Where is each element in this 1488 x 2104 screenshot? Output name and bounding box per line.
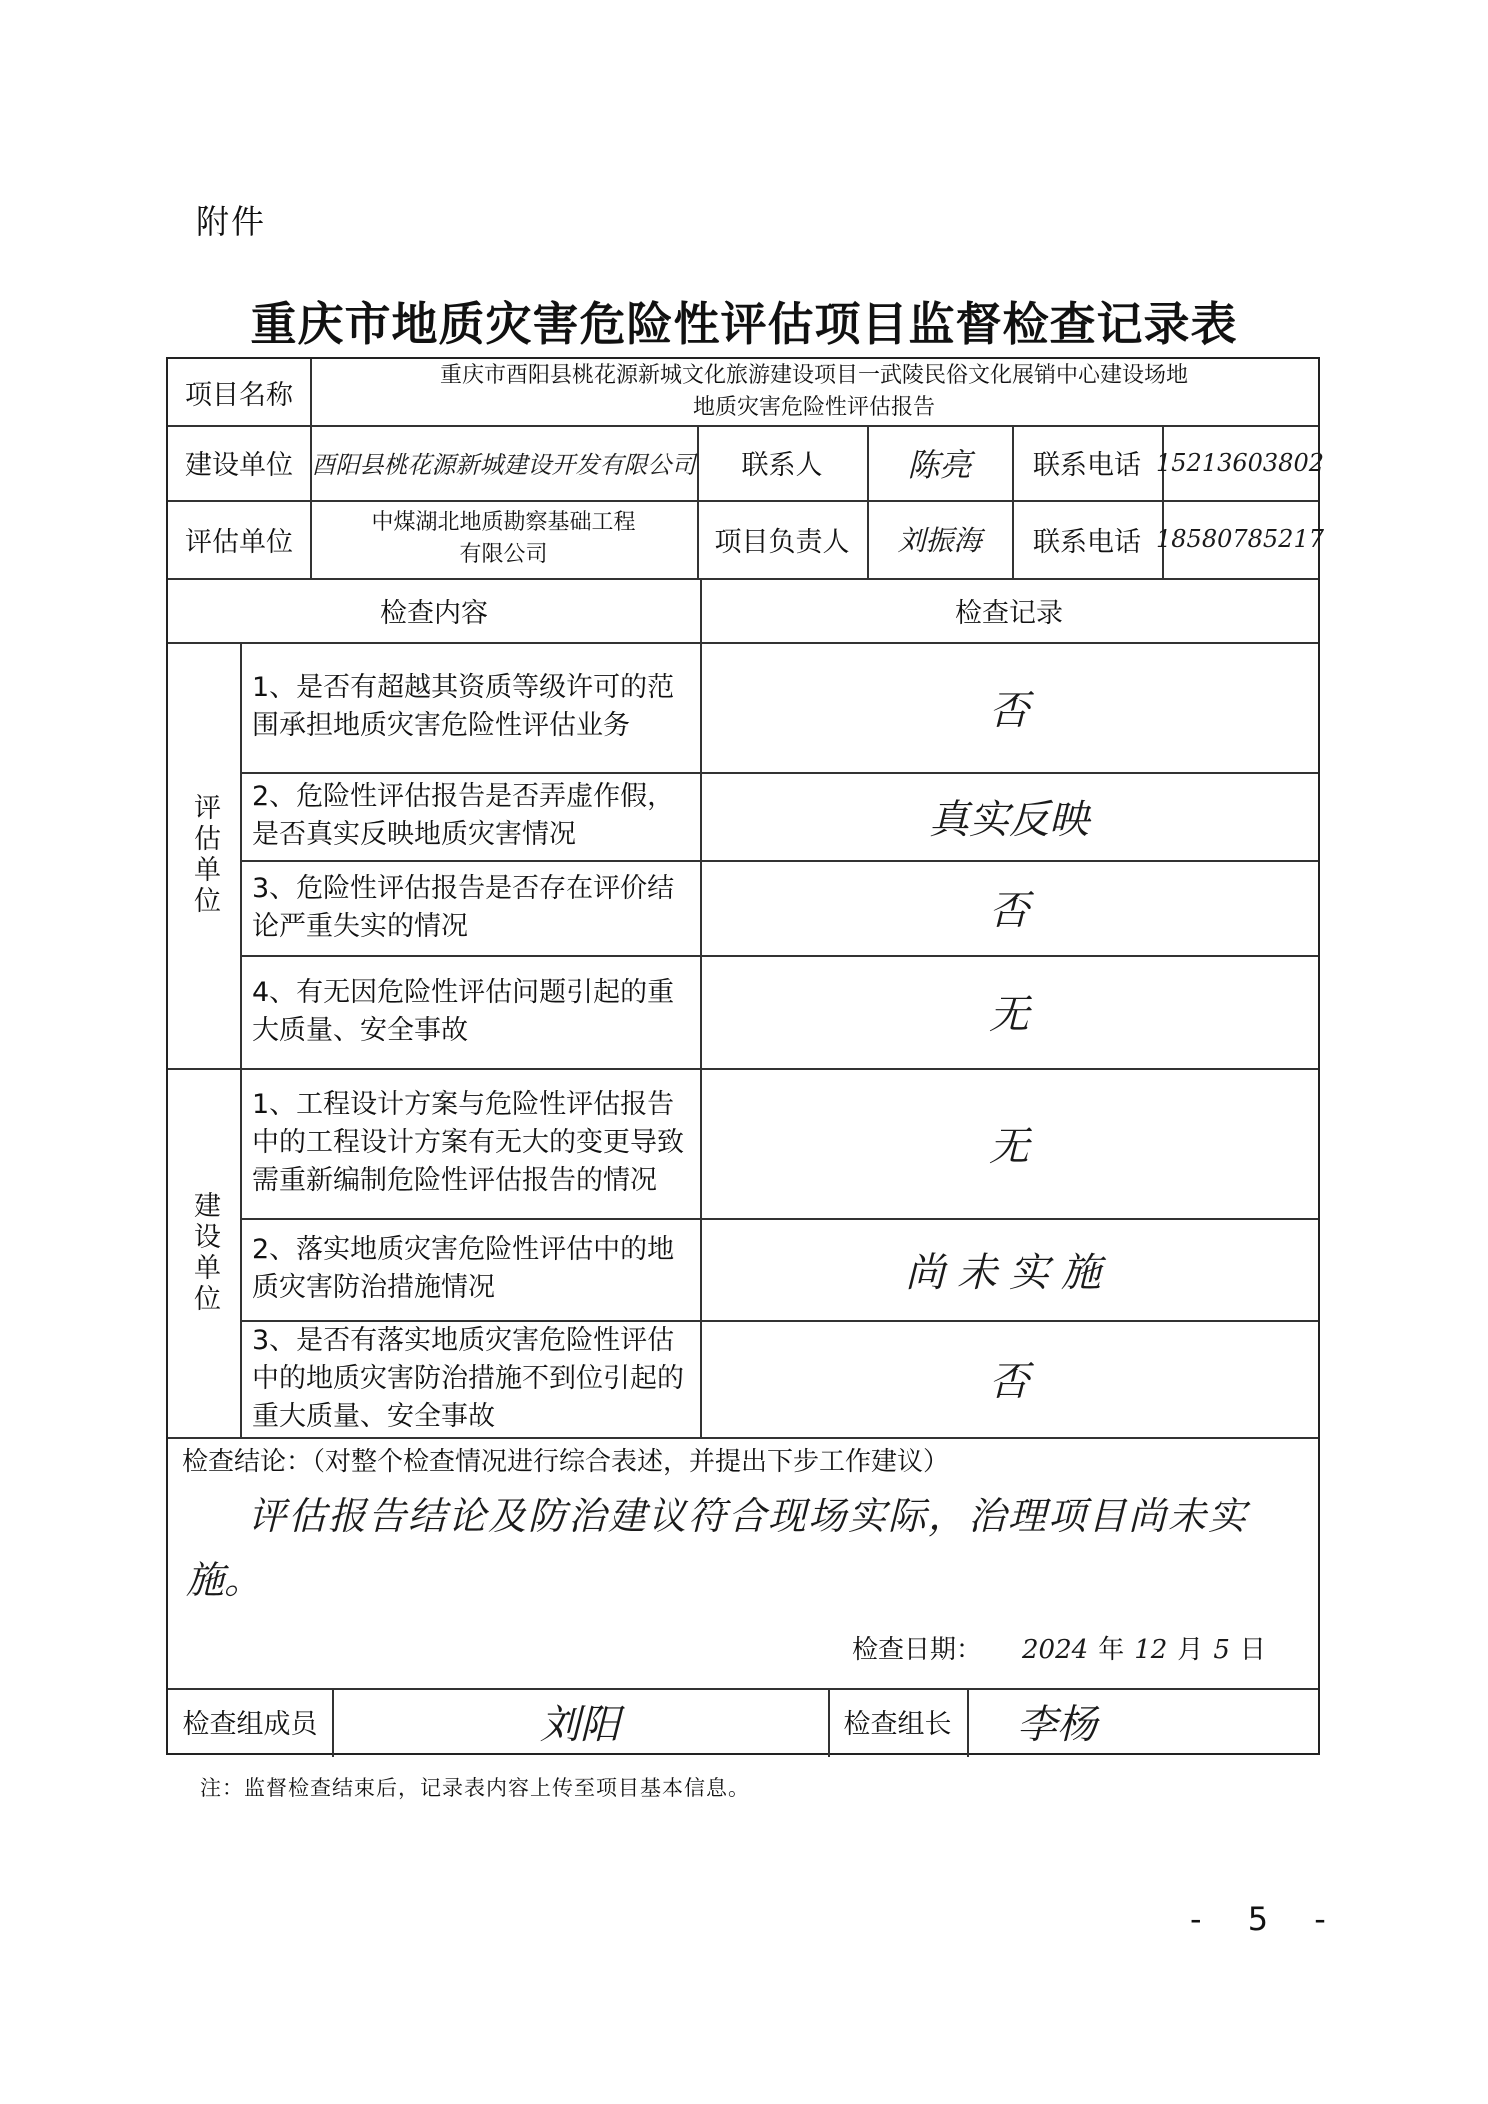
leader-label: 检查组长 (828, 1688, 967, 1755)
assessment-item-3-record: 否 (700, 860, 1318, 955)
construction-item-2-record: 尚未实施 (700, 1218, 1318, 1320)
conclusion-text-line1: 评估报告结论及防治建议符合现场实际，治理项目尚未实 (248, 1485, 1248, 1540)
assessment-phone-label: 联系电话 (1012, 500, 1162, 578)
members-signature: 刘阳 (332, 1688, 828, 1755)
check-record-header: 检查记录 (700, 578, 1318, 642)
attachment-label: 附件 (196, 196, 266, 243)
construction-item-3-record: 否 (700, 1320, 1318, 1437)
day-unit: 日 (1240, 1629, 1266, 1666)
assessment-item-3-content: 3、危险性评估报告是否存在评价结论严重失实的情况 (240, 860, 700, 955)
project-name-line2: 地质灾害危险性评估报告 (693, 392, 935, 424)
contact-label: 联系人 (697, 425, 867, 500)
year-unit: 年 (1098, 1629, 1124, 1666)
construction-item-2-content: 2、落实地质灾害危险性评估中的地质灾害防治措施情况 (240, 1218, 700, 1320)
assessment-item-2-content: 2、危险性评估报告是否弄虚作假，是否真实反映地质灾害情况 (240, 772, 700, 860)
page-number: - 5 - (1190, 1900, 1344, 1938)
month-unit: 月 (1177, 1629, 1203, 1666)
contact-value: 陈亮 (867, 425, 1012, 500)
construction-item-1-content: 1、工程设计方案与危险性评估报告中的工程设计方案有无大的变更导致需重新编制危险性… (240, 1068, 700, 1218)
construction-item-3-content: 3、是否有落实地质灾害危险性评估中的地质灾害防治措施不到位引起的重大质量、安全事… (240, 1320, 700, 1437)
project-name-value: 重庆市酉阳县桃花源新城文化旅游建设项目一武陵民俗文化展销中心建设场地 地质灾害危… (310, 359, 1318, 425)
date-label: 检查日期： (852, 1629, 982, 1666)
construction-unit-value: 酉阳县桃花源新城建设开发有限公司 (310, 425, 697, 500)
project-name-line1: 重庆市酉阳县桃花源新城文化旅游建设项目一武陵民俗文化展销中心建设场地 (440, 360, 1188, 392)
check-content-header: 检查内容 (168, 578, 700, 642)
construction-unit-label: 建设单位 (168, 425, 310, 500)
section-construction-unit-label: 建设单位 (168, 1068, 240, 1437)
assessment-item-1-content: 1、是否有超越其资质等级许可的范围承担地质灾害危险性评估业务 (240, 642, 700, 772)
date-year: 2024 (1022, 1635, 1088, 1665)
assessment-unit-line1: 中煤湖北地质勘察基础工程 (371, 507, 635, 539)
inspection-date: 检查日期： 2024 年 12 月 5 日 (852, 1629, 1266, 1666)
assessment-phone-value: 18580785217 (1162, 500, 1318, 578)
construction-item-1-record: 无 (700, 1068, 1318, 1218)
members-label: 检查组成员 (168, 1688, 332, 1755)
assessment-item-2-record: 真实反映 (700, 772, 1318, 860)
project-leader-value: 刘振海 (867, 500, 1012, 578)
construction-phone-label: 联系电话 (1012, 425, 1162, 500)
date-day: 5 (1213, 1635, 1230, 1665)
page-title: 重庆市地质灾害危险性评估项目监督检查记录表 (0, 288, 1488, 354)
section-label-text: 评估单位 (186, 793, 222, 917)
conclusion-text-line2: 施。 (186, 1549, 262, 1604)
leader-signature: 李杨 (967, 1688, 1318, 1755)
assessment-item-4-content: 4、有无因危险性评估问题引起的重大质量、安全事故 (240, 955, 700, 1068)
project-name-label: 项目名称 (168, 359, 310, 425)
section-assessment-unit-label: 评估单位 (168, 642, 240, 1068)
assessment-item-1-record: 否 (700, 642, 1318, 772)
conclusion-label: 检查结论：（对整个检查情况进行综合表述，并提出下步工作建议） (182, 1441, 949, 1478)
footnote: 注：监督检查结束后，记录表内容上传至项目基本信息。 (200, 1772, 750, 1802)
date-month: 12 (1134, 1635, 1167, 1665)
project-leader-label: 项目负责人 (697, 500, 867, 578)
assessment-unit-label: 评估单位 (168, 500, 310, 578)
assessment-unit-value: 中煤湖北地质勘察基础工程 有限公司 (310, 500, 697, 578)
section-label-text: 建设单位 (186, 1191, 222, 1315)
assessment-item-4-record: 无 (700, 955, 1318, 1068)
inspection-record-table: 项目名称 重庆市酉阳县桃花源新城文化旅游建设项目一武陵民俗文化展销中心建设场地 … (166, 357, 1320, 1755)
construction-phone-value: 15213603802 (1162, 425, 1318, 500)
assessment-unit-line2: 有限公司 (459, 539, 547, 571)
